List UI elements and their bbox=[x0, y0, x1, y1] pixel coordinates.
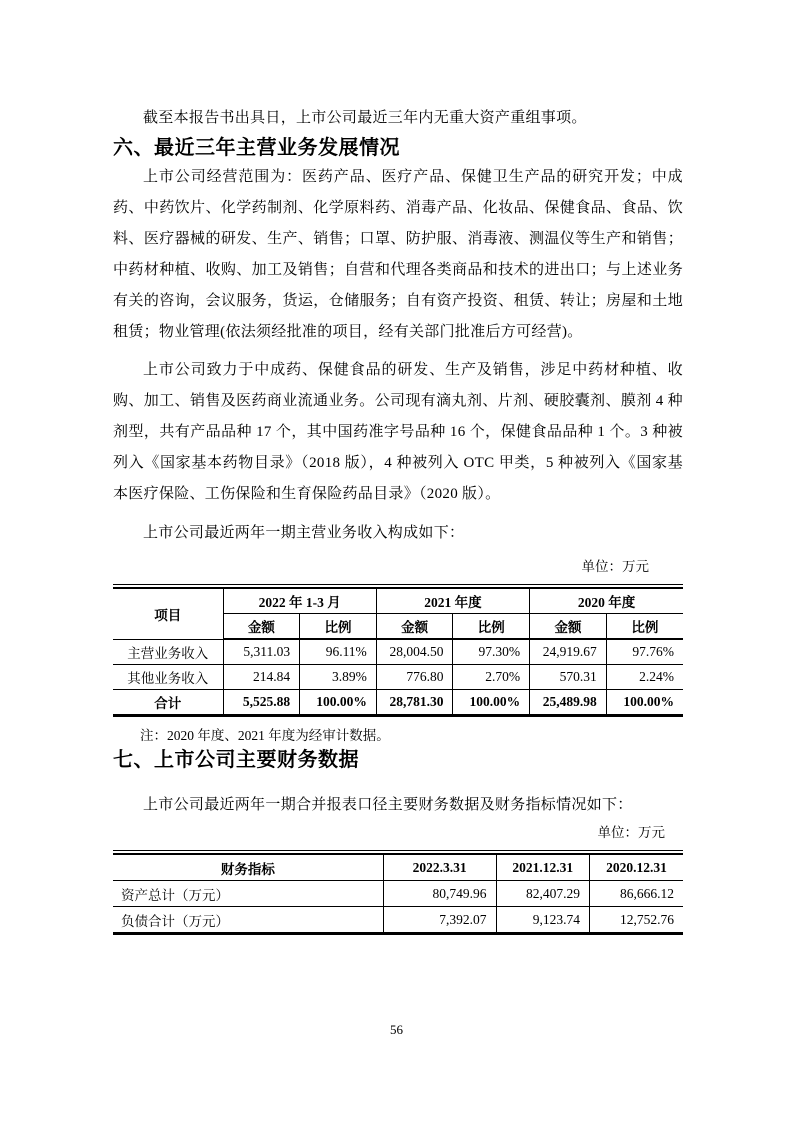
revenue-table-subheader-amount-1: 金额 bbox=[223, 614, 300, 640]
section7-heading: 七、上市公司主要财务数据 bbox=[113, 746, 683, 774]
revenue-table-header-2022q1: 2022 年 1-3 月 bbox=[223, 588, 376, 614]
cell-value: 7,392.07 bbox=[383, 907, 496, 934]
cell-value: 100.00% bbox=[606, 690, 683, 716]
cell-value: 12,752.76 bbox=[590, 907, 684, 934]
finance-table-header-2021-12-31: 2021.12.31 bbox=[496, 854, 589, 881]
cell-value: 25,489.98 bbox=[530, 690, 607, 716]
cell-value: 5,311.03 bbox=[223, 639, 300, 665]
cell-value: 28,004.50 bbox=[376, 639, 453, 665]
intro-paragraph: 截至本报告书出具日，上市公司最近三年内无重大资产重组事项。 bbox=[113, 103, 683, 134]
cell-value: 5,525.88 bbox=[223, 690, 300, 716]
cell-value: 80,749.96 bbox=[383, 881, 496, 907]
finance-table-header-row: 财务指标 2022.3.31 2021.12.31 2020.12.31 bbox=[113, 854, 683, 881]
row-label: 合计 bbox=[113, 690, 223, 716]
cell-value: 214.84 bbox=[223, 665, 300, 690]
finance-table-wrapper: 财务指标 2022.3.31 2021.12.31 2020.12.31 资产总… bbox=[113, 850, 683, 935]
finance-table: 财务指标 2022.3.31 2021.12.31 2020.12.31 资产总… bbox=[113, 853, 683, 935]
finance-table-header-2020-12-31: 2020.12.31 bbox=[590, 854, 684, 881]
row-label: 其他业务收入 bbox=[113, 665, 223, 690]
row-label: 负债合计（万元） bbox=[113, 907, 383, 934]
table-row-total: 合计 5,525.88 100.00% 28,781.30 100.00% 25… bbox=[113, 690, 683, 716]
page-content: 截至本报告书出具日，上市公司最近三年内无重大资产重组事项。 六、最近三年主营业务… bbox=[113, 0, 683, 935]
cell-value: 28,781.30 bbox=[376, 690, 453, 716]
cell-value: 96.11% bbox=[300, 639, 377, 665]
cell-value: 776.80 bbox=[376, 665, 453, 690]
cell-value: 24,919.67 bbox=[530, 639, 607, 665]
table-row-total-liabilities: 负债合计（万元） 7,392.07 9,123.74 12,752.76 bbox=[113, 907, 683, 934]
cell-value: 82,407.29 bbox=[496, 881, 589, 907]
revenue-table-subheader-ratio-2: 比例 bbox=[453, 614, 530, 640]
cell-value: 97.30% bbox=[453, 639, 530, 665]
page-number: 56 bbox=[0, 1022, 793, 1038]
revenue-table-header-item: 项目 bbox=[113, 588, 223, 639]
document-page: 截至本报告书出具日，上市公司最近三年内无重大资产重组事项。 六、最近三年主营业务… bbox=[0, 0, 793, 1122]
cell-value: 9,123.74 bbox=[496, 907, 589, 934]
revenue-table-header-2021: 2021 年度 bbox=[376, 588, 529, 614]
row-label: 主营业务收入 bbox=[113, 639, 223, 665]
revenue-table-subheader-ratio-1: 比例 bbox=[300, 614, 377, 640]
cell-value: 97.76% bbox=[606, 639, 683, 665]
cell-value: 2.70% bbox=[453, 665, 530, 690]
section6-paragraph-business-scope: 上市公司经营范围为：医药产品、医疗产品、保健卫生产品的研究开发；中成药、中药饮片… bbox=[113, 162, 683, 348]
cell-value: 100.00% bbox=[453, 690, 530, 716]
finance-table-header-2022-03-31: 2022.3.31 bbox=[383, 854, 496, 881]
row-label: 资产总计（万元） bbox=[113, 881, 383, 907]
revenue-table: 项目 2022 年 1-3 月 2021 年度 2020 年度 金额 比例 金额… bbox=[113, 587, 683, 717]
cell-value: 570.31 bbox=[530, 665, 607, 690]
section6-paragraph-revenue-intro: 上市公司最近两年一期主营业务收入构成如下： bbox=[113, 518, 683, 549]
revenue-table-subheader-ratio-3: 比例 bbox=[606, 614, 683, 640]
cell-value: 2.24% bbox=[606, 665, 683, 690]
cell-value: 86,666.12 bbox=[590, 881, 684, 907]
section6-paragraph-products: 上市公司致力于中成药、保健食品的研发、生产及销售，涉足中药材种植、收购、加工、销… bbox=[113, 355, 683, 510]
cell-value: 100.00% bbox=[300, 690, 377, 716]
unit-label-revenue-table: 单位：万元 bbox=[113, 557, 683, 577]
section6-heading: 六、最近三年主营业务发展情况 bbox=[113, 134, 683, 162]
finance-table-header-indicator: 财务指标 bbox=[113, 854, 383, 881]
section7-paragraph-intro: 上市公司最近两年一期合并报表口径主要财务数据及财务指标情况如下： bbox=[113, 790, 683, 821]
revenue-table-wrapper: 项目 2022 年 1-3 月 2021 年度 2020 年度 金额 比例 金额… bbox=[113, 584, 683, 717]
table-row-total-assets: 资产总计（万元） 80,749.96 82,407.29 86,666.12 bbox=[113, 881, 683, 907]
table-row-main-revenue: 主营业务收入 5,311.03 96.11% 28,004.50 97.30% … bbox=[113, 639, 683, 665]
cell-value: 3.89% bbox=[300, 665, 377, 690]
revenue-table-subheader-amount-3: 金额 bbox=[530, 614, 607, 640]
revenue-table-subheader-amount-2: 金额 bbox=[376, 614, 453, 640]
unit-label-finance-table: 单位：万元 bbox=[113, 823, 683, 843]
revenue-table-header-2020: 2020 年度 bbox=[530, 588, 683, 614]
revenue-table-note: 注：2020 年度、2021 年度为经审计数据。 bbox=[113, 725, 683, 746]
revenue-table-header-row-periods: 项目 2022 年 1-3 月 2021 年度 2020 年度 bbox=[113, 588, 683, 614]
table-row-other-revenue: 其他业务收入 214.84 3.89% 776.80 2.70% 570.31 … bbox=[113, 665, 683, 690]
